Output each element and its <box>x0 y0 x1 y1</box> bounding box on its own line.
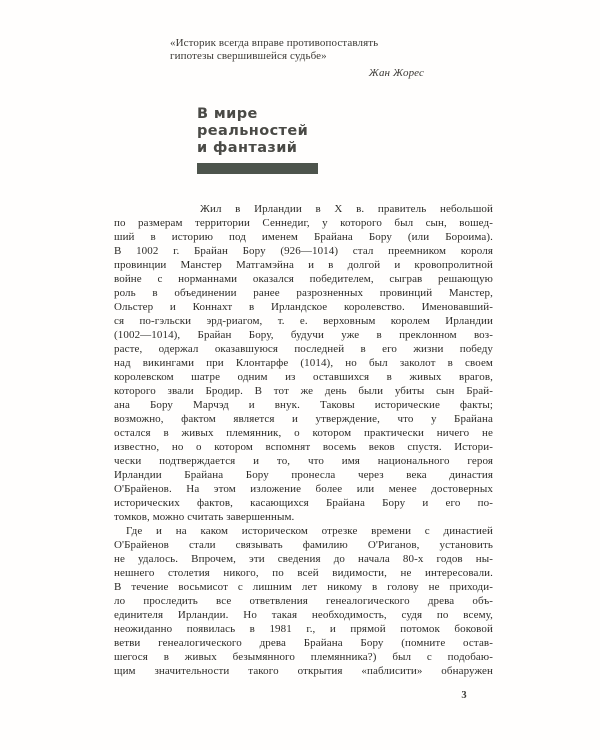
text-line: ана Бору Марчэд и внук. Таковы историчес… <box>114 398 493 412</box>
epigraph: «Историк всегда вправе противопоставлять… <box>170 37 426 80</box>
text-line: щим значительности такого открытия «пабл… <box>114 664 493 678</box>
text-line: исторических фактов, касающихся Брайана … <box>114 496 493 510</box>
text-line: расте, одержал оказавшуюся последней в е… <box>114 342 493 356</box>
text-line: ло проследить все ответвления генеалогич… <box>114 594 493 608</box>
text-line: ший в историю под именем Брайана Бору (и… <box>114 230 493 244</box>
text-line: единителя Ирландии. Но такая необходимос… <box>114 608 493 622</box>
text-line: по размерам территории Сеннедиг, у котор… <box>114 216 493 230</box>
chapter-title-line: и фантазий <box>197 140 308 157</box>
text-line: неожиданно появилась в 1981 г., и прямой… <box>114 622 493 636</box>
text-line: Жил в Ирландии в X в. правитель небольшо… <box>114 202 493 216</box>
text-line: провинции Манстер Матгамэйна и в долгой … <box>114 258 493 272</box>
book-page: «Историк всегда вправе противопоставлять… <box>0 0 600 750</box>
text-line: остался в живых племянник, о котором пра… <box>114 426 493 440</box>
text-line: томков, можно считать завершенным. <box>114 510 493 524</box>
accent-bar <box>197 163 318 174</box>
paragraph: Где и на каком историческом отрезке врем… <box>114 524 493 678</box>
text-line: войне с норманнами оказался победителем,… <box>114 272 493 286</box>
text-line: О'Брайенов. На этом изложение более или … <box>114 482 493 496</box>
text-line: над викингами при Клонтарфе (1014), но б… <box>114 356 493 370</box>
page-number: 3 <box>456 690 472 701</box>
text-line: шегося в живых безымянного племянника?) … <box>114 650 493 664</box>
epigraph-attribution: Жан Жорес <box>170 67 426 80</box>
text-line: В 1002 г. Брайан Бору (926—1014) стал пр… <box>114 244 493 258</box>
chapter-title: В мире реальностей и фантазий <box>197 106 308 158</box>
epigraph-line: гипотезы свершившейся судьбе» <box>170 50 426 63</box>
text-line: не удалось. Впрочем, эти сведения до нач… <box>114 552 493 566</box>
text-line: королевском шатре одним из оставшихся в … <box>114 370 493 384</box>
text-line: известно, но о котором вспомнят восемь в… <box>114 440 493 454</box>
epigraph-line: «Историк всегда вправе противопоставлять <box>170 37 426 50</box>
text-line: Ирландии Брайана Бору пронесла через век… <box>114 468 493 482</box>
text-line: нешнего столетия никого, по всей видимос… <box>114 566 493 580</box>
paragraph: Жил в Ирландии в X в. правитель небольшо… <box>114 202 493 524</box>
text-line: Ольстер и Коннахт в Ирландское королевст… <box>114 300 493 314</box>
text-line: возможно, фактом является и утверждение,… <box>114 412 493 426</box>
text-line: О'Брайенов стали связывать фамилию О'Риг… <box>114 538 493 552</box>
text-line: ся по-гэльски эрд-риагом, т. е. верховны… <box>114 314 493 328</box>
text-line: В течение восьмисот с лишним лет никому … <box>114 580 493 594</box>
chapter-title-line: В мире <box>197 106 308 123</box>
text-line: которого звали Бродир. В тот же день был… <box>114 384 493 398</box>
text-line: (1002—1014), Брайан Бору, будучи уже в п… <box>114 328 493 342</box>
body-text: Жил в Ирландии в X в. правитель небольшо… <box>114 202 493 678</box>
chapter-title-line: реальностей <box>197 123 308 140</box>
text-line: роль в объединении ранее разрозненных пр… <box>114 286 493 300</box>
text-line: чески подтверждается и то, что имя нацио… <box>114 454 493 468</box>
text-line: Где и на каком историческом отрезке врем… <box>114 524 493 538</box>
text-line: ветви генеалогического древа Брайана Бор… <box>114 636 493 650</box>
